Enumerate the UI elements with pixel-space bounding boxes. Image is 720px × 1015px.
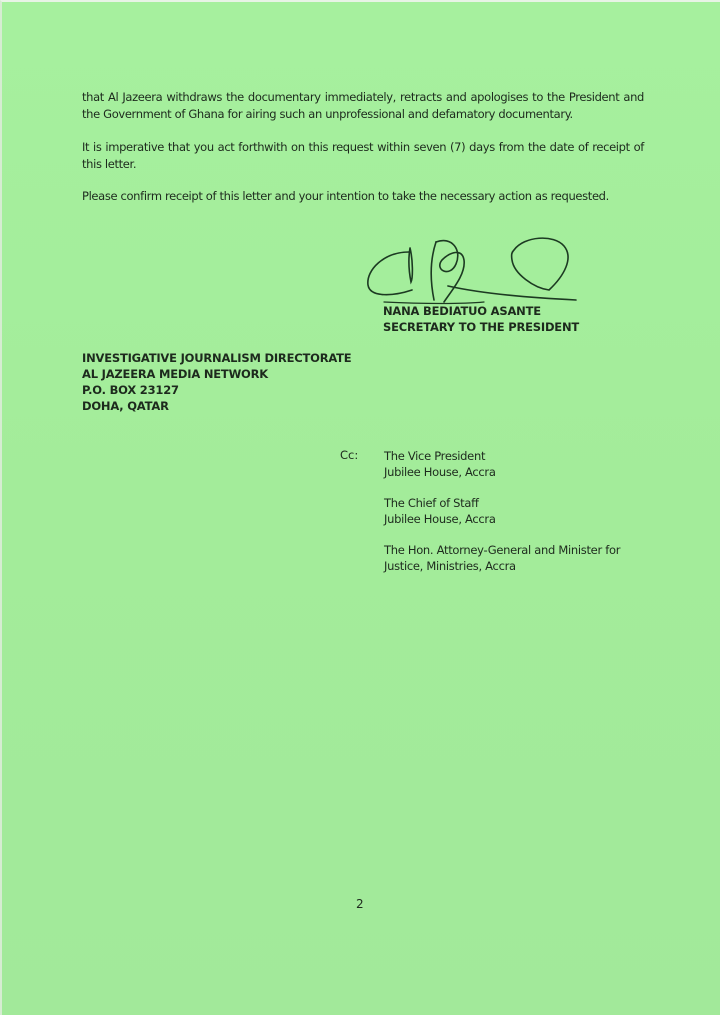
recipient-line: DOHA, QATAR	[82, 398, 351, 414]
signatory-name: NANA BEDIATUO ASANTE	[383, 303, 579, 319]
recipient-line: INVESTIGATIVE JOURNALISM DIRECTORATE	[82, 350, 351, 366]
cc-entry: The Hon. Attorney-General and Minister f…	[384, 542, 620, 574]
cc-entry-address: Jubilee House, Accra	[384, 464, 620, 480]
paragraph-confirm-receipt: Please confirm receipt of this letter an…	[82, 188, 644, 205]
letter-page: that Al Jazeera withdraws the documentar…	[0, 0, 720, 1015]
signatory-title: SECRETARY TO THE PRESIDENT	[383, 319, 579, 335]
cc-label: Cc:	[340, 448, 358, 462]
cc-list: The Vice President Jubilee House, Accra …	[384, 448, 620, 589]
cc-entry-address: Jubilee House, Accra	[384, 511, 620, 527]
signature-icon	[364, 230, 584, 310]
cc-entry: The Vice President Jubilee House, Accra	[384, 448, 620, 480]
recipient-line: AL JAZEERA MEDIA NETWORK	[82, 366, 351, 382]
cc-entry-address: Justice, Ministries, Accra	[384, 558, 620, 574]
recipient-line: P.O. BOX 23127	[82, 382, 351, 398]
cc-entry-name: The Vice President	[384, 448, 620, 464]
cc-entry-name: The Hon. Attorney-General and Minister f…	[384, 542, 620, 558]
recipient-address: INVESTIGATIVE JOURNALISM DIRECTORATE AL …	[82, 350, 351, 414]
cc-entry-name: The Chief of Staff	[384, 495, 620, 511]
paragraph-deadline: It is imperative that you act forthwith …	[82, 139, 644, 173]
signatory-block: NANA BEDIATUO ASANTE SECRETARY TO THE PR…	[383, 303, 579, 335]
page-number: 2	[356, 897, 364, 911]
cc-entry: The Chief of Staff Jubilee House, Accra	[384, 495, 620, 527]
paragraph-withdrawal-demand: that Al Jazeera withdraws the documentar…	[82, 89, 644, 123]
